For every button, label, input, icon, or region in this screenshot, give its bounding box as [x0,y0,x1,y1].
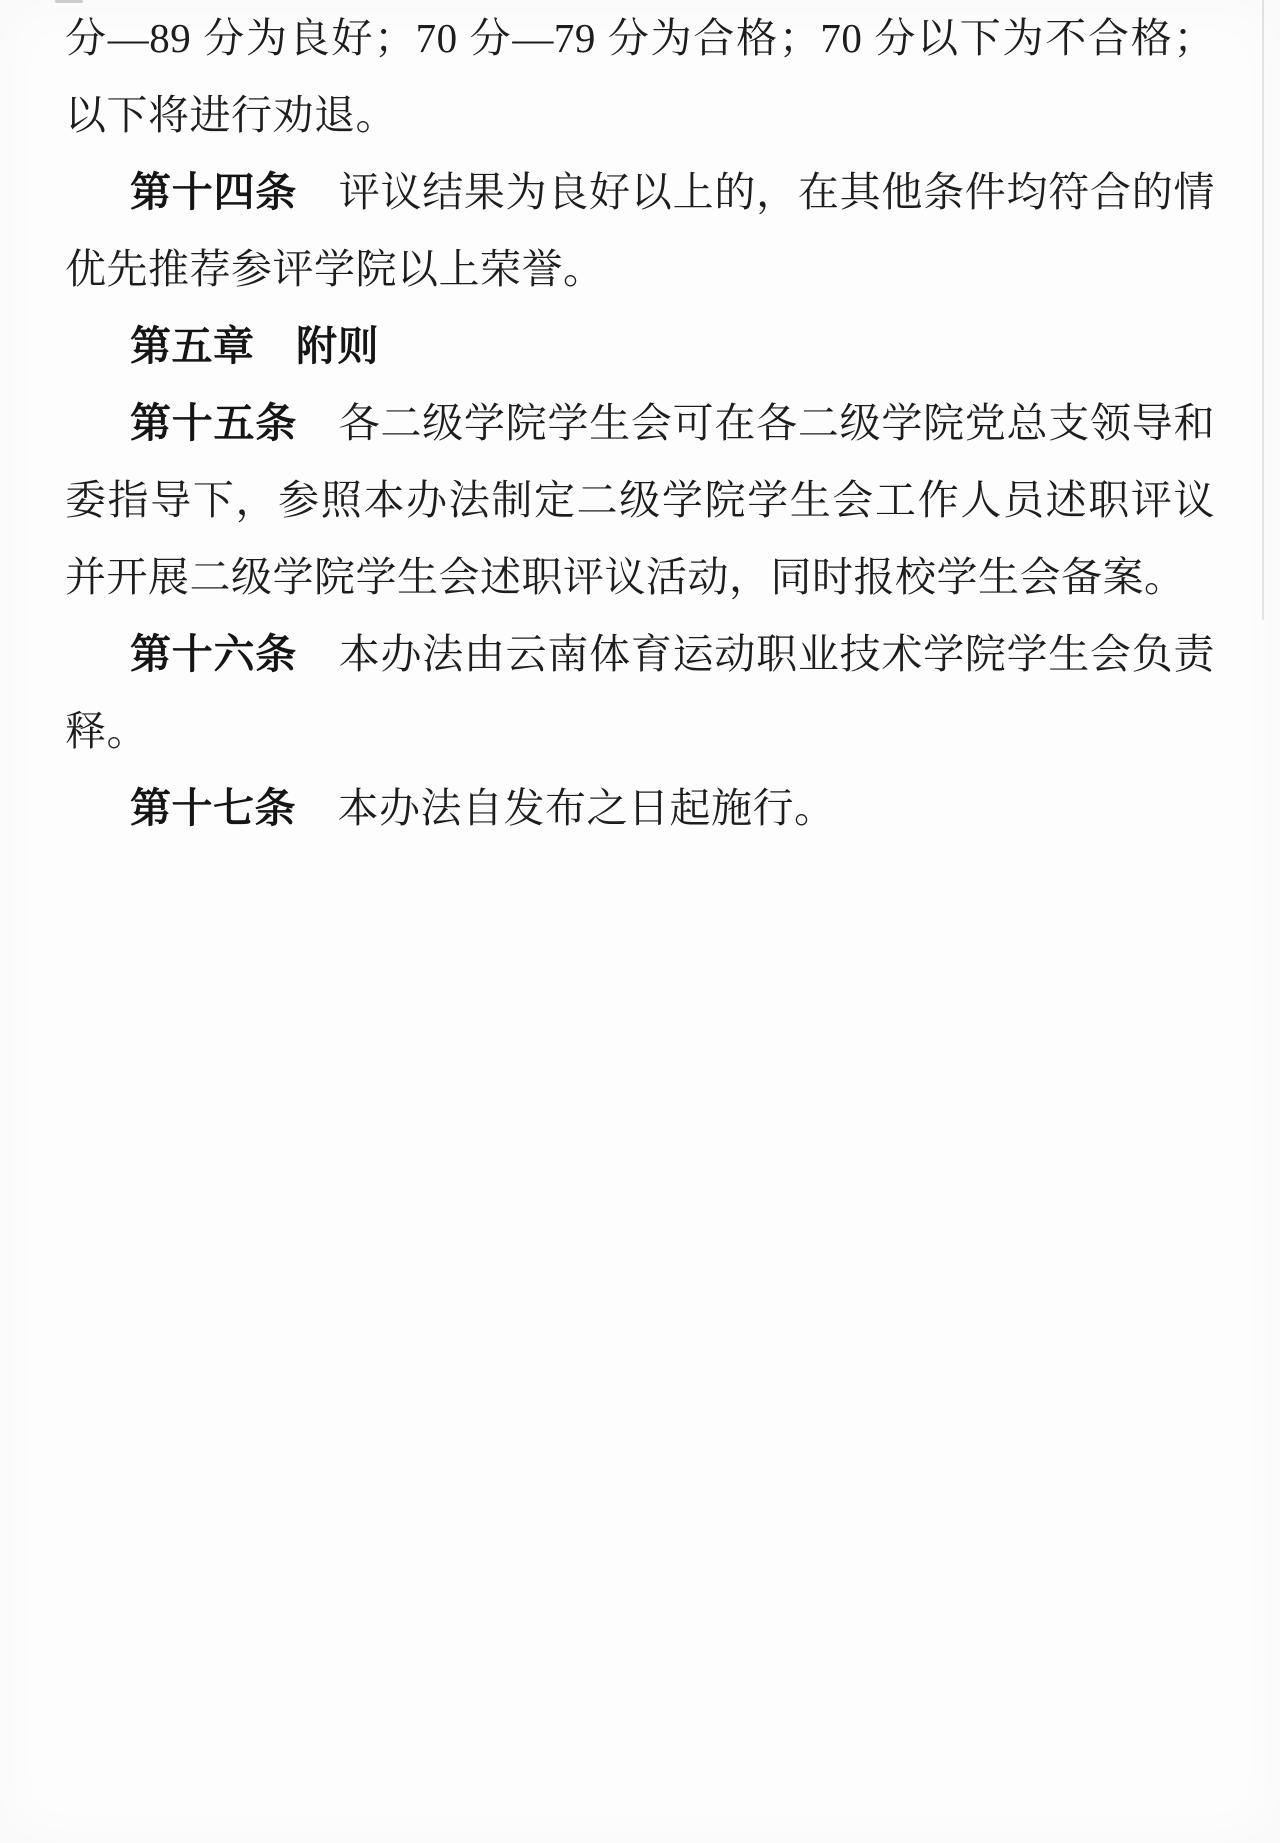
article-15-continuation-line-1: 委指导下，参照本办法制定二级学院学生会工作人员述职评议办法， [65,462,1215,539]
article-15-line: 第十五条 各二级学院学生会可在各二级学院党总支领导和团 [65,385,1215,462]
article-15-continuation-line-2: 并开展二级学院学生会述职评议活动，同时报校学生会备案。 [65,539,1215,616]
article-14-label: 第十四条 [130,169,297,215]
article-16-line: 第十六条 本办法由云南体育运动职业技术学院学生会负责解 [65,616,1215,693]
document-text-block: 分—89 分为良好；70 分—79 分为合格；70 分以下为不合格；60 分 以… [65,0,1215,847]
chapter-5-heading-line: 第五章 附则 [65,308,1215,385]
body-line-dismissal: 以下将进行劝退。 [65,77,1215,154]
body-line-score-grades: 分—89 分为良好；70 分—79 分为合格；70 分以下为不合格；60 分 [65,0,1215,77]
chapter-5-heading: 第五章 附则 [130,323,379,369]
body-text: 优先推荐参评学院以上荣誉。 [65,246,605,292]
body-text: 分—89 分为良好；70 分—79 分为合格；70 分以下为不合格；60 分 [65,15,1215,77]
article-15-label: 第十五条 [130,400,297,446]
scan-artifact-streak [1262,0,1264,620]
body-text: 本办法自发布之日起施行。 [296,785,836,831]
article-17-label: 第十七条 [130,785,296,831]
body-text: 委指导下，参照本办法制定二级学院学生会工作人员述职评议办法， [65,477,1215,539]
article-16-label: 第十六条 [130,631,297,677]
body-text: 释。 [65,708,148,754]
article-16-continuation-line: 释。 [65,693,1215,770]
article-17-line: 第十七条 本办法自发布之日起施行。 [65,770,1215,847]
body-text: 以下将进行劝退。 [65,92,397,138]
article-14-line: 第十四条 评议结果为良好以上的，在其他条件均符合的情况下， [65,154,1215,231]
body-text: 并开展二级学院学生会述职评议活动，同时报校学生会备案。 [65,554,1186,600]
scanned-document-page: 分—89 分为良好；70 分—79 分为合格；70 分以下为不合格；60 分 以… [0,0,1280,1843]
article-14-continuation-line: 优先推荐参评学院以上荣誉。 [65,231,1215,308]
